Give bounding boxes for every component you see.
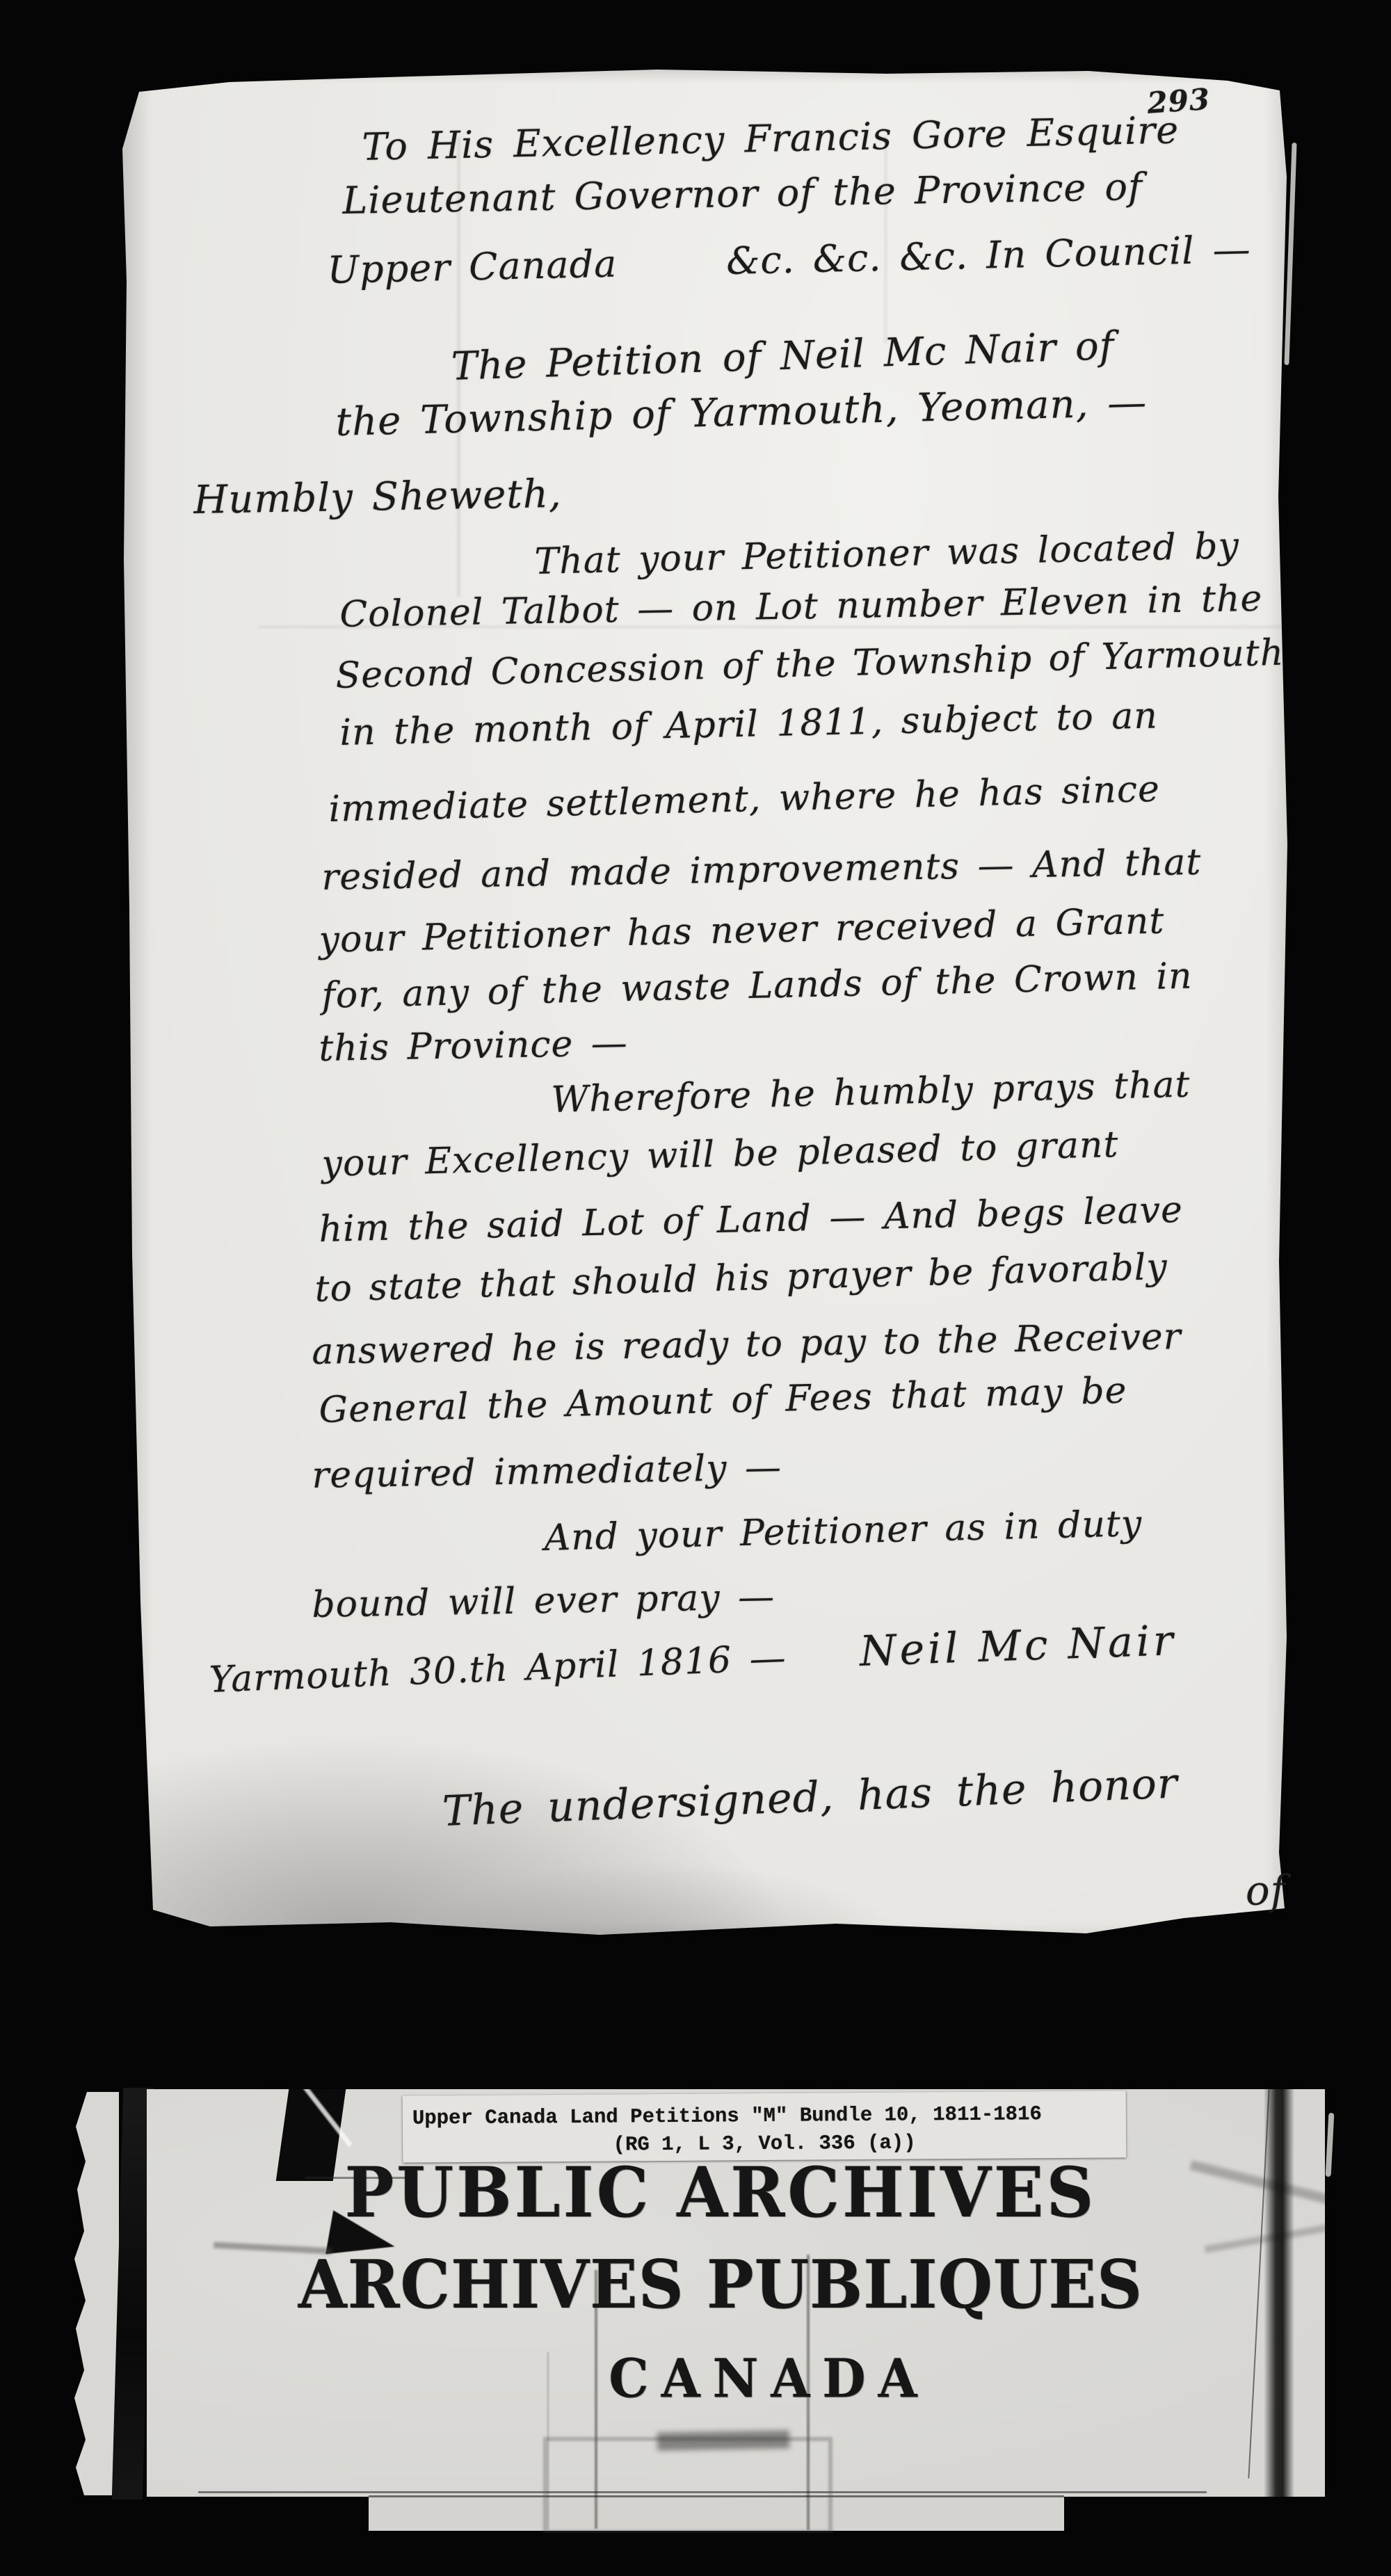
film-scratch-2 xyxy=(1326,2113,1335,2177)
stamp-canada: CANADA xyxy=(251,2352,1239,2405)
microfilm-frame: 293 To His Excellency Francis Gore Esqui… xyxy=(0,0,1391,2576)
handwriting-line: this Province — xyxy=(319,1025,628,1067)
signature: Neil Mc Nair xyxy=(859,1620,1177,1673)
label-line1: Upper Canada Land Petitions "M" Bundle 1… xyxy=(412,2104,1042,2128)
smudge-right-1 xyxy=(1189,2160,1325,2206)
handwriting-line: Humbly Sheweth, xyxy=(193,475,562,520)
archive-card: Upper Canada Land Petitions "M" Bundle 1… xyxy=(73,2088,1325,2533)
stamp-public-archives: PUBLIC ARCHIVES xyxy=(251,2158,1190,2228)
card-spine xyxy=(73,2092,119,2495)
overflow-word: of xyxy=(1245,1869,1287,1911)
faint-stamp-outline xyxy=(543,2437,833,2533)
faint-stamp-smudge xyxy=(657,2430,789,2450)
handwriting-line: required immediately — xyxy=(312,1449,782,1494)
handwriting-line: bound will ever pray — xyxy=(312,1579,775,1623)
card-right-fold-streak xyxy=(1264,2089,1294,2497)
